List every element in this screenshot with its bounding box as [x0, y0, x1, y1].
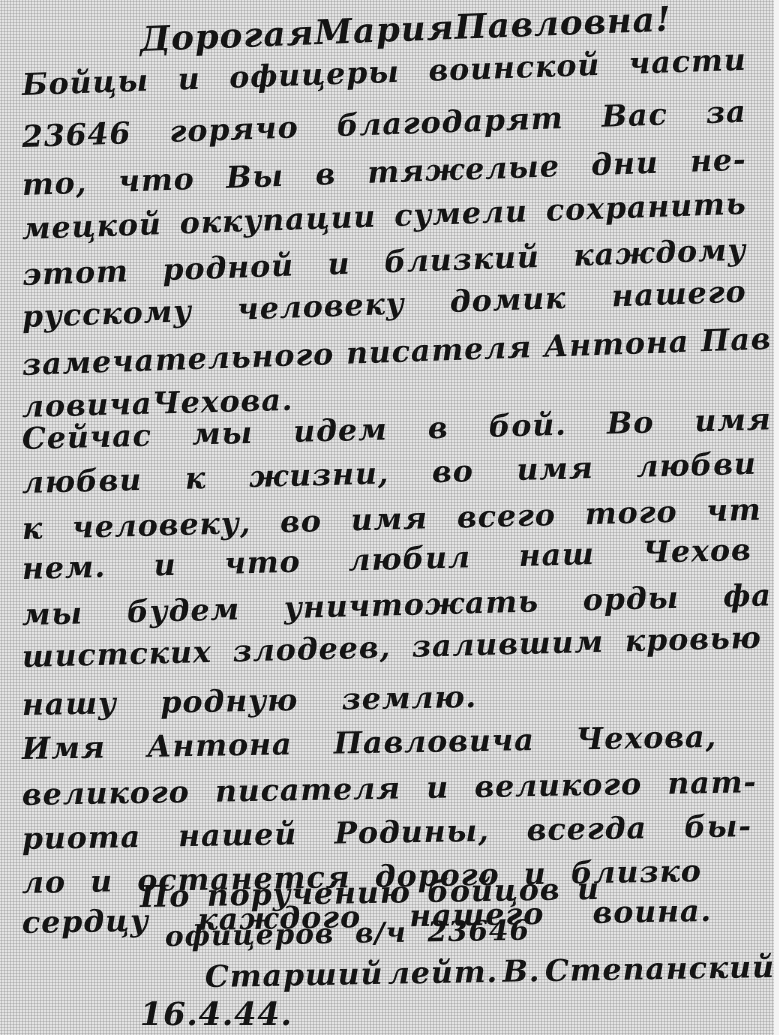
word: нашу	[22, 686, 118, 723]
word: домик	[449, 281, 567, 320]
word: к	[184, 461, 206, 497]
word: Павловна!	[454, 0, 673, 48]
word: нашей	[178, 817, 298, 854]
word: сохранить	[545, 187, 747, 229]
word: всегда	[526, 811, 647, 848]
letter-page: ДорогаяМарияПавловна! Бойцыиофицерывоинс…	[0, 0, 774, 1035]
word: Дорогая	[139, 13, 315, 60]
word: Антона	[543, 325, 690, 365]
word: и	[177, 62, 201, 98]
word: за	[705, 95, 747, 131]
word: Мария	[314, 8, 456, 53]
word: Степанский	[545, 950, 776, 989]
word: землю.	[341, 680, 477, 717]
word: Пав	[700, 322, 772, 359]
word: человеку	[237, 287, 406, 328]
word: нем.	[22, 550, 107, 587]
word: Вас	[601, 97, 668, 134]
word: фа	[723, 578, 772, 614]
word: родной	[162, 249, 295, 289]
word: поручению	[207, 875, 412, 914]
word: бы-	[684, 809, 752, 845]
word: залившим	[411, 625, 604, 665]
word: Имя	[22, 731, 106, 767]
word: и	[426, 771, 449, 806]
word: шистских	[22, 635, 213, 675]
word: то,	[21, 166, 87, 203]
word: Павловича	[333, 723, 534, 762]
word: этот	[21, 254, 129, 293]
word: близкий	[384, 240, 541, 280]
word: бой.	[488, 408, 567, 445]
word: во	[432, 454, 475, 490]
closing-line: офицеровв/ч23646	[165, 914, 531, 953]
word: наш	[518, 537, 595, 574]
letter-line: риотанашейРодины,всегдабы-	[22, 809, 752, 857]
word: кровью	[624, 621, 762, 660]
word: В.	[502, 954, 540, 990]
word: Родины,	[334, 814, 490, 852]
word: того	[584, 495, 678, 532]
word: Чехова,	[576, 720, 718, 757]
word: тяжелые	[367, 149, 561, 191]
word: лейт.	[388, 955, 499, 992]
word: и	[90, 864, 113, 899]
word: ло	[22, 865, 67, 901]
word: любил	[348, 540, 471, 578]
date-text: 16.4.44.	[140, 995, 293, 1033]
word: воинской	[428, 48, 601, 89]
word: во	[280, 504, 323, 540]
word: идем	[293, 412, 388, 449]
word: в	[315, 157, 337, 193]
letter-line: ИмяАнтонаПавловичаЧехова,	[22, 720, 718, 767]
word: чт	[706, 493, 762, 529]
word: великого	[22, 775, 190, 813]
word: писателя	[215, 771, 402, 809]
word: Вы	[226, 159, 285, 196]
word: воина.	[592, 894, 712, 931]
word: оккупации	[179, 200, 377, 242]
word: пат-	[667, 765, 757, 802]
word: орды	[582, 581, 679, 619]
word: мы	[192, 416, 254, 453]
word: к	[22, 511, 44, 547]
word: дни	[591, 146, 660, 183]
word: будем	[127, 592, 241, 630]
word: сумели	[394, 194, 529, 234]
word: не-	[690, 143, 748, 180]
word: имя	[694, 402, 772, 439]
word: всего	[457, 498, 557, 536]
word: писателя	[346, 330, 533, 371]
letter-line: великогописателяивеликогопат-	[22, 765, 757, 813]
word: замечательного	[21, 337, 334, 383]
word: уничтожать	[284, 584, 540, 626]
letter-line: Бойцыиофицерывоинскойчасти	[21, 43, 747, 103]
word: в/ч	[355, 916, 407, 950]
word: злодеев,	[232, 630, 391, 669]
word: бойцов	[427, 873, 561, 910]
word: любви	[636, 447, 757, 485]
word: риота	[22, 820, 142, 857]
word: Сейчас	[22, 419, 153, 457]
letter-line: любвикжизни,воимялюбви	[22, 447, 758, 501]
word: По	[140, 879, 191, 915]
word: офицеров	[165, 917, 335, 953]
word: благодарят	[336, 101, 564, 144]
word: 23646	[21, 116, 132, 155]
word: сердцу	[22, 904, 150, 941]
word: великого	[474, 767, 642, 805]
letter-date: 16.4.44.	[140, 995, 300, 1033]
word: мы	[22, 596, 84, 633]
word: горячо	[169, 110, 299, 149]
letter-line: нашуроднуюземлю.	[22, 680, 478, 723]
word: Во	[606, 405, 654, 441]
word: офицеры	[229, 55, 401, 96]
word: каждому	[573, 233, 747, 274]
word: части	[628, 43, 747, 82]
word: Чехов	[642, 533, 752, 571]
word: любви	[22, 463, 143, 501]
word: русскому	[21, 294, 192, 335]
word: 23646	[427, 914, 530, 949]
word: что	[224, 545, 301, 582]
word: и	[327, 247, 351, 283]
word: имя	[350, 501, 428, 538]
word: человеку,	[72, 506, 252, 546]
word: и	[153, 548, 177, 584]
word: мецкой	[21, 207, 162, 247]
word: Бойцы	[21, 64, 149, 103]
word: родную	[160, 683, 298, 720]
word: нашего	[611, 275, 747, 315]
word: в	[427, 411, 449, 447]
paper-edge	[774, 0, 779, 1035]
word: Антона	[147, 727, 293, 765]
word: и	[577, 872, 600, 907]
signature-line: Старшийлейт.В.Степанский	[205, 950, 776, 995]
word: Старший	[205, 957, 384, 995]
word: имя	[516, 451, 594, 488]
word: что	[118, 162, 195, 200]
word: жизни,	[249, 456, 390, 495]
